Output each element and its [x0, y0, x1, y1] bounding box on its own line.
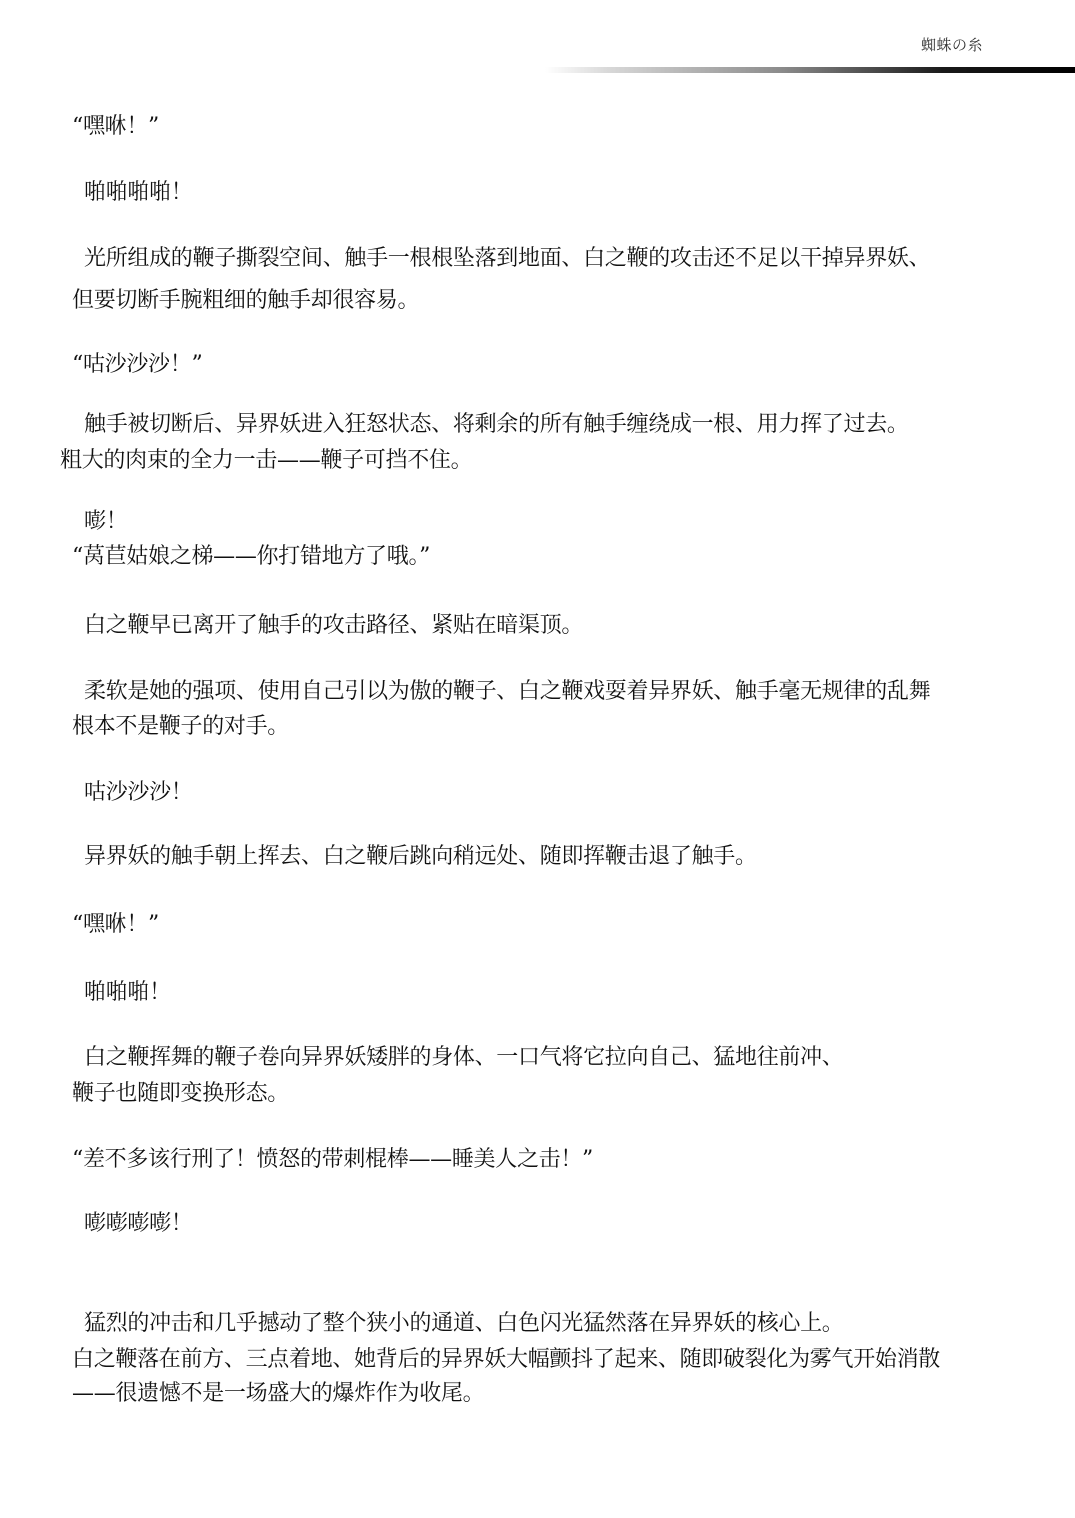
text-line: 鞭子也随即变换形态。 — [72, 1079, 289, 1109]
text-line: 异界妖的触手朝上挥去、白之鞭后跳向稍远处、随即挥鞭击退了触手。 — [84, 842, 757, 872]
text-line: “咕沙沙沙！” — [72, 350, 202, 380]
header-gradient-rule — [545, 67, 1075, 73]
text-line: 咕沙沙沙！ — [84, 778, 193, 808]
text-line: 猛烈的冲击和几乎撼动了整个狭小的通道、白色闪光猛然落在异界妖的核心上。 — [84, 1309, 844, 1339]
text-line: 柔软是她的强项、使用自己引以为傲的鞭子、白之鞭戏耍着异界妖、触手毫无规律的乱舞 — [84, 677, 930, 707]
text-line: 但要切断手腕粗细的触手却很容易。 — [72, 286, 419, 316]
text-line: 嘭嘭嘭嘭！ — [84, 1209, 193, 1239]
text-line: 白之鞭早已离开了触手的攻击路径、紧贴在暗渠顶。 — [84, 611, 583, 641]
text-line: 触手被切断后、异界妖进入狂怒状态、将剩余的所有触手缠绕成一根、用力挥了过去。 — [84, 410, 909, 440]
text-line: 啪啪啪！ — [84, 978, 171, 1008]
text-line: 白之鞭落在前方、三点着地、她背后的异界妖大幅颤抖了起来、随即破裂化为雾气开始消散 — [72, 1345, 940, 1375]
text-line: 白之鞭挥舞的鞭子卷向异界妖矮胖的身体、一口气将它拉向自己、猛地往前冲、 — [84, 1043, 844, 1073]
text-line: “莴苣姑娘之梯——你打错地方了哦。” — [72, 542, 430, 572]
text-line: 粗大的肉束的全力一击——鞭子可挡不住。 — [60, 446, 472, 476]
header-title: 蜘蛛の糸 — [921, 34, 983, 55]
text-line: 光所组成的鞭子撕裂空间、触手一根根坠落到地面、白之鞭的攻击还不足以干掉异界妖、 — [84, 244, 930, 274]
text-line: ——很遗憾不是一场盛大的爆炸作为收尾。 — [72, 1379, 484, 1409]
text-line: “嘿咻！” — [72, 910, 159, 940]
text-line: 根本不是鞭子的对手。 — [72, 712, 289, 742]
text-line: “差不多该行刑了！愤怒的带刺棍棒——睡美人之击！” — [72, 1145, 593, 1175]
text-line: “嘿咻！” — [72, 112, 159, 142]
text-line: 嘭！ — [84, 507, 127, 537]
text-line: 啪啪啪啪！ — [84, 178, 193, 208]
